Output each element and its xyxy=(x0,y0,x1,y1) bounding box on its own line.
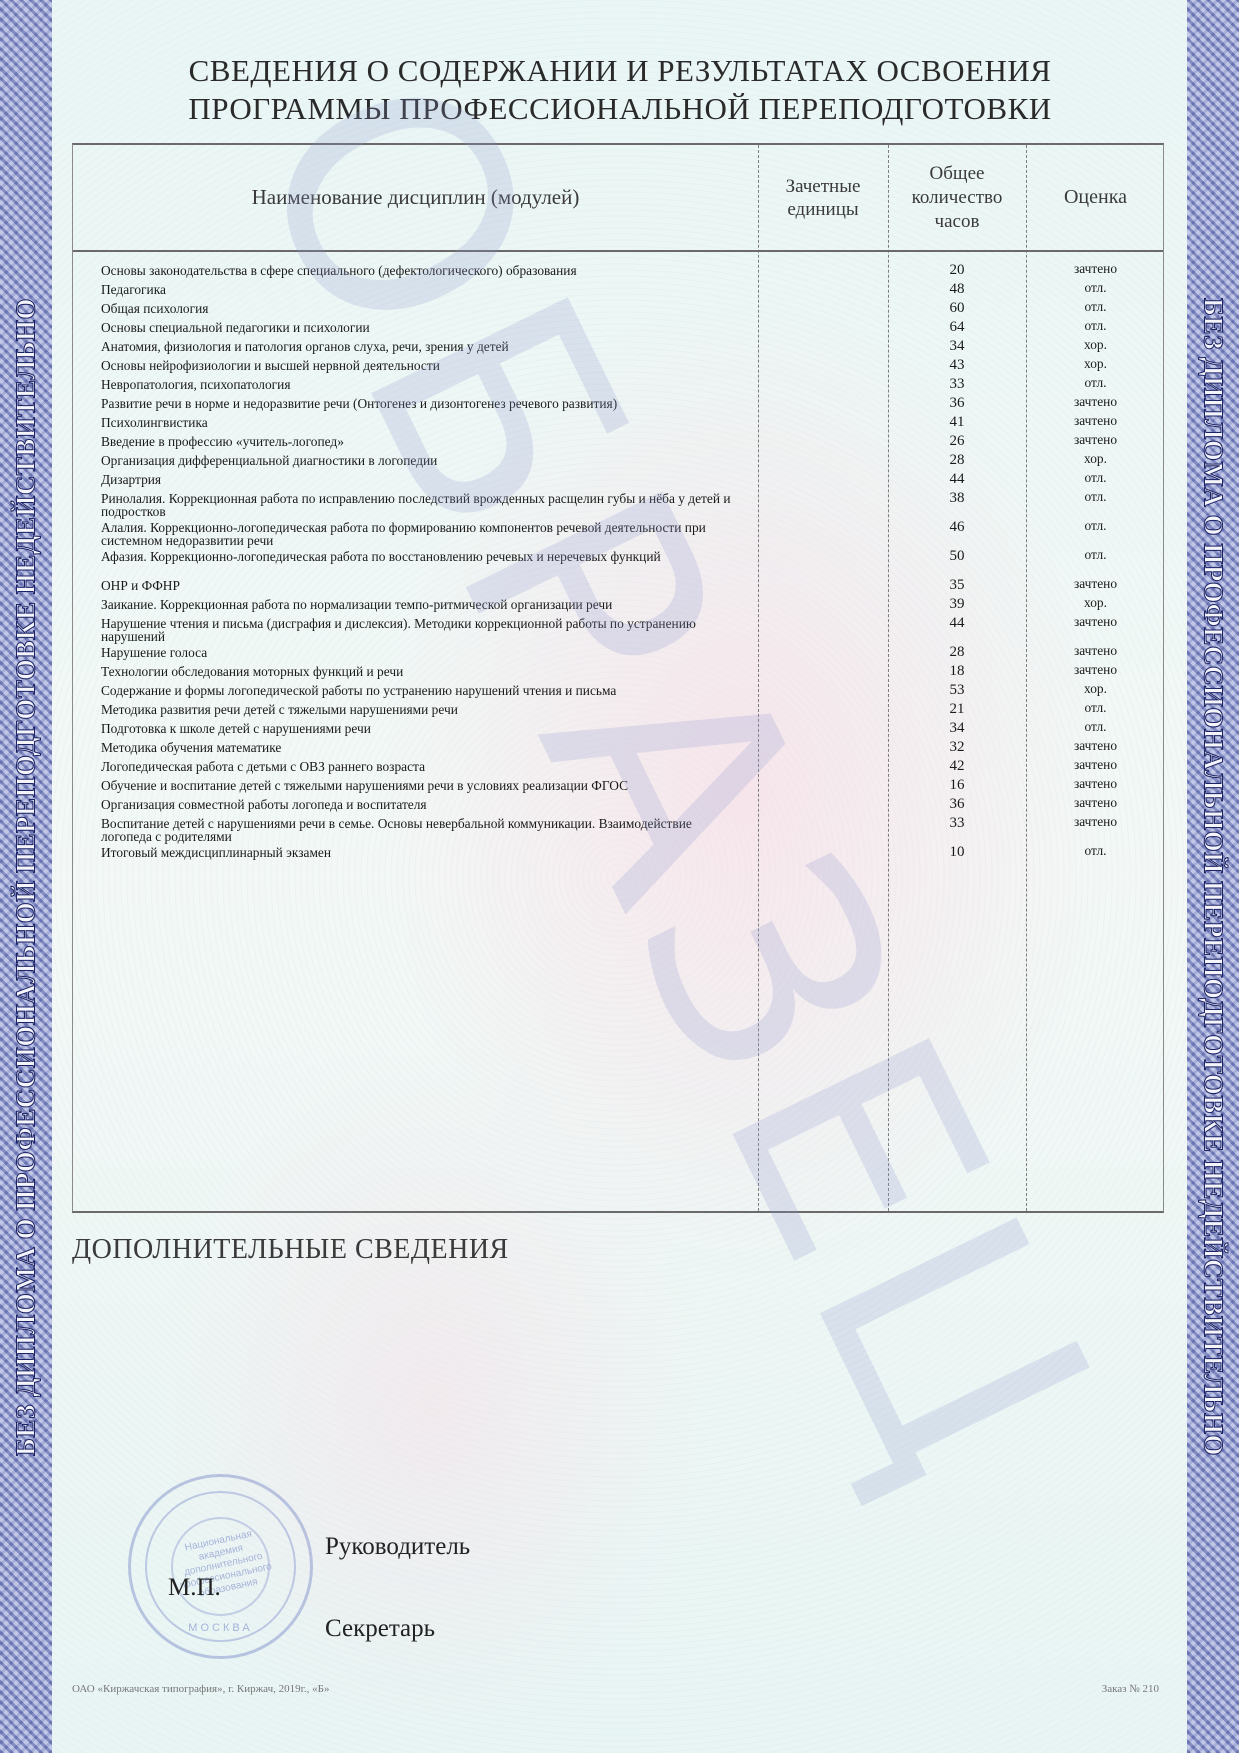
credits-value xyxy=(758,596,888,615)
grade-value: отл. xyxy=(1026,844,1165,863)
grade-value: хор. xyxy=(1026,596,1165,615)
header-credits: Зачетные единицы xyxy=(758,145,888,250)
hours-value: 18 xyxy=(888,663,1026,682)
credits-value xyxy=(758,739,888,758)
credits-value xyxy=(758,796,888,815)
grade-value: хор. xyxy=(1026,682,1165,701)
grade-value: хор. xyxy=(1026,452,1165,471)
grade-value: зачтено xyxy=(1026,777,1165,796)
right-security-band: БЕЗ ДИПЛОМА О ПРОФЕССИОНАЛЬНОЙ ПЕРЕПОДГО… xyxy=(1187,0,1239,1753)
grade-value: зачтено xyxy=(1026,644,1165,663)
credits-value xyxy=(758,281,888,300)
hours-value: 48 xyxy=(888,281,1026,300)
credits-value xyxy=(758,844,888,863)
table-row: Основы законодательства в сфере специаль… xyxy=(73,262,1165,281)
credits-value xyxy=(758,262,888,281)
header-hours-line: Общее xyxy=(912,162,1003,186)
table-row: Организация дифференциальной диагностики… xyxy=(73,452,1165,471)
hours-value: 60 xyxy=(888,300,1026,319)
grade-value: отл. xyxy=(1026,701,1165,720)
discipline-name: Нарушение чтения и письма (дисграфия и д… xyxy=(73,615,743,644)
credits-value xyxy=(758,395,888,414)
credits-value xyxy=(758,376,888,395)
header-hours-line: часов xyxy=(912,210,1003,234)
discipline-name: Развитие речи в норме и недоразвитие реч… xyxy=(73,395,743,414)
credits-value xyxy=(758,815,888,844)
discipline-name: Содержание и формы логопедической работы… xyxy=(73,682,743,701)
credits-value xyxy=(758,300,888,319)
discipline-name: Алалия. Коррекционно-логопедическая рабо… xyxy=(73,519,743,548)
hours-value: 64 xyxy=(888,319,1026,338)
discipline-name: Основы законодательства в сфере специаль… xyxy=(73,262,743,281)
seal-place-label: М.П. xyxy=(168,1574,221,1602)
table-row: Педагогика48отл. xyxy=(73,281,1165,300)
grade-value: отл. xyxy=(1026,300,1165,319)
hours-value: 35 xyxy=(888,577,1026,596)
hours-value: 33 xyxy=(888,376,1026,395)
hours-value: 46 xyxy=(888,519,1026,548)
seal-city: МОСКВА xyxy=(131,1622,310,1634)
right-band-text: БЕЗ ДИПЛОМА О ПРОФЕССИОНАЛЬНОЙ ПЕРЕПОДГО… xyxy=(1198,298,1229,1456)
hours-value: 38 xyxy=(888,490,1026,519)
hours-value: 32 xyxy=(888,739,1026,758)
printer-info: ОАО «Киржачская типография», г. Киржач, … xyxy=(72,1683,330,1695)
discipline-name: ОНР и ФФНР xyxy=(73,577,743,596)
hours-value: 28 xyxy=(888,644,1026,663)
signature-head-label: Руководитель xyxy=(325,1533,470,1561)
table-row: Методика развития речи детей с тяжелыми … xyxy=(73,701,1165,720)
grade-value: хор. xyxy=(1026,338,1165,357)
grade-value: отл. xyxy=(1026,319,1165,338)
credits-value xyxy=(758,338,888,357)
header-grade: Оценка xyxy=(1026,145,1165,250)
header-discipline-name: Наименование дисциплин (модулей) xyxy=(73,145,758,250)
hours-value: 28 xyxy=(888,452,1026,471)
hours-value: 50 xyxy=(888,548,1026,577)
credits-value xyxy=(758,682,888,701)
credits-value xyxy=(758,414,888,433)
credits-value xyxy=(758,615,888,644)
discipline-name: Основы специальной педагогики и психолог… xyxy=(73,319,743,338)
table-row: Логопедическая работа с детьми с ОВЗ ран… xyxy=(73,758,1165,777)
credits-value xyxy=(758,357,888,376)
discipline-name: Анатомия, физиология и патология органов… xyxy=(73,338,743,357)
hours-value: 10 xyxy=(888,844,1026,863)
hours-value: 26 xyxy=(888,433,1026,452)
grade-value: зачтено xyxy=(1026,758,1165,777)
discipline-name: Методика развития речи детей с тяжелыми … xyxy=(73,701,743,720)
credits-value xyxy=(758,433,888,452)
credits-value xyxy=(758,452,888,471)
table-row: Основы нейрофизиологии и высшей нервной … xyxy=(73,357,1165,376)
table-row: Нарушение чтения и письма (дисграфия и д… xyxy=(73,615,1165,644)
hours-value: 21 xyxy=(888,701,1026,720)
grade-value: зачтено xyxy=(1026,577,1165,596)
official-seal: Национальная академия дополнительного пр… xyxy=(128,1474,313,1659)
discipline-name: Организация дифференциальной диагностики… xyxy=(73,452,743,471)
grade-value: отл. xyxy=(1026,720,1165,739)
discipline-name: Введение в профессию «учитель-логопед» xyxy=(73,433,743,452)
credits-value xyxy=(758,720,888,739)
page-title: СВЕДЕНИЯ О СОДЕРЖАНИИ И РЕЗУЛЬТАТАХ ОСВО… xyxy=(100,52,1140,128)
grade-value: зачтено xyxy=(1026,395,1165,414)
credits-value xyxy=(758,701,888,720)
grade-value: зачтено xyxy=(1026,414,1165,433)
grade-value: зачтено xyxy=(1026,739,1165,758)
credits-value xyxy=(758,758,888,777)
table-row: Анатомия, физиология и патология органов… xyxy=(73,338,1165,357)
credits-value xyxy=(758,577,888,596)
table-row: Воспитание детей с нарушениями речи в се… xyxy=(73,815,1165,844)
discipline-name: Ринолалия. Коррекционная работа по испра… xyxy=(73,490,743,519)
discipline-name: Общая психология xyxy=(73,300,743,319)
header-credits-line: единицы xyxy=(786,198,861,221)
discipline-name: Обучение и воспитание детей с тяжелыми н… xyxy=(73,777,743,796)
grade-value: хор. xyxy=(1026,357,1165,376)
title-line-2: ПРОГРАММЫ ПРОФЕССИОНАЛЬНОЙ ПЕРЕПОДГОТОВК… xyxy=(100,90,1140,128)
credits-value xyxy=(758,548,888,577)
discipline-name: Логопедическая работа с детьми с ОВЗ ран… xyxy=(73,758,743,777)
table-row: Итоговый междисциплинарный экзамен10отл. xyxy=(73,844,1165,863)
hours-value: 16 xyxy=(888,777,1026,796)
table-row: Ринолалия. Коррекционная работа по испра… xyxy=(73,490,1165,519)
title-line-1: СВЕДЕНИЯ О СОДЕРЖАНИИ И РЕЗУЛЬТАТАХ ОСВО… xyxy=(100,52,1140,90)
hours-value: 41 xyxy=(888,414,1026,433)
grade-value: зачтено xyxy=(1026,615,1165,644)
grade-value: зачтено xyxy=(1026,815,1165,844)
discipline-name: Подготовка к школе детей с нарушениями р… xyxy=(73,720,743,739)
grade-value: отл. xyxy=(1026,281,1165,300)
header-credits-line: Зачетные xyxy=(786,175,861,198)
table-row: Подготовка к школе детей с нарушениями р… xyxy=(73,720,1165,739)
hours-value: 36 xyxy=(888,796,1026,815)
header-total-hours: Общее количество часов xyxy=(888,145,1026,250)
credits-value xyxy=(758,319,888,338)
discipline-name: Педагогика xyxy=(73,281,743,300)
discipline-name: Итоговый междисциплинарный экзамен xyxy=(73,844,743,863)
credits-value xyxy=(758,490,888,519)
hours-value: 44 xyxy=(888,615,1026,644)
table-row: Обучение и воспитание детей с тяжелыми н… xyxy=(73,777,1165,796)
table-row: Основы специальной педагогики и психолог… xyxy=(73,319,1165,338)
discipline-name: Основы нейрофизиологии и высшей нервной … xyxy=(73,357,743,376)
grade-value: отл. xyxy=(1026,376,1165,395)
table-row: Невропатология, психопатология33отл. xyxy=(73,376,1165,395)
grade-value: зачтено xyxy=(1026,796,1165,815)
table-row: Общая психология60отл. xyxy=(73,300,1165,319)
grade-value: отл. xyxy=(1026,471,1165,490)
table-row: ОНР и ФФНР35зачтено xyxy=(73,577,1165,596)
disciplines-table: Наименование дисциплин (модулей) Зачетны… xyxy=(72,143,1164,1213)
hours-value: 44 xyxy=(888,471,1026,490)
order-number: Заказ № 210 xyxy=(1102,1683,1159,1695)
header-divider xyxy=(73,250,1163,252)
grade-value: отл. xyxy=(1026,519,1165,548)
table-row: Нарушение голоса28зачтено xyxy=(73,644,1165,663)
credits-value xyxy=(758,777,888,796)
discipline-name: Невропатология, психопатология xyxy=(73,376,743,395)
table-row: Развитие речи в норме и недоразвитие реч… xyxy=(73,395,1165,414)
credits-value xyxy=(758,471,888,490)
grade-value: отл. xyxy=(1026,490,1165,519)
credits-value xyxy=(758,663,888,682)
hours-value: 20 xyxy=(888,262,1026,281)
hours-value: 39 xyxy=(888,596,1026,615)
discipline-name: Дизартрия xyxy=(73,471,743,490)
table-row: Психолингвистика41зачтено xyxy=(73,414,1165,433)
hours-value: 34 xyxy=(888,720,1026,739)
discipline-name: Методика обучения математике xyxy=(73,739,743,758)
grade-value: зачтено xyxy=(1026,262,1165,281)
table-row: Заикание. Коррекционная работа по нормал… xyxy=(73,596,1165,615)
credits-value xyxy=(758,519,888,548)
table-row: Дизартрия44отл. xyxy=(73,471,1165,490)
hours-value: 42 xyxy=(888,758,1026,777)
grade-value: зачтено xyxy=(1026,663,1165,682)
discipline-name: Афазия. Коррекционно-логопедическая рабо… xyxy=(73,548,743,577)
table-row: Методика обучения математике32зачтено xyxy=(73,739,1165,758)
additional-info-title: ДОПОЛНИТЕЛЬНЫЕ СВЕДЕНИЯ xyxy=(72,1234,509,1266)
discipline-name: Нарушение голоса xyxy=(73,644,743,663)
table-row: Технологии обследования моторных функций… xyxy=(73,663,1165,682)
table-row: Алалия. Коррекционно-логопедическая рабо… xyxy=(73,519,1165,548)
grade-value: зачтено xyxy=(1026,433,1165,452)
table-row: Введение в профессию «учитель-логопед»26… xyxy=(73,433,1165,452)
hours-value: 34 xyxy=(888,338,1026,357)
grade-value: отл. xyxy=(1026,548,1165,577)
discipline-name: Воспитание детей с нарушениями речи в се… xyxy=(73,815,743,844)
table-row: Содержание и формы логопедической работы… xyxy=(73,682,1165,701)
signature-secretary-label: Секретарь xyxy=(325,1615,435,1643)
discipline-name: Организация совместной работы логопеда и… xyxy=(73,796,743,815)
hours-value: 43 xyxy=(888,357,1026,376)
table-body: Основы законодательства в сфере специаль… xyxy=(73,262,1165,863)
table-row: Афазия. Коррекционно-логопедическая рабо… xyxy=(73,548,1165,577)
credits-value xyxy=(758,644,888,663)
left-band-text: БЕЗ ДИПЛОМА О ПРОФЕССИОНАЛЬНОЙ ПЕРЕПОДГО… xyxy=(11,298,42,1456)
left-security-band: БЕЗ ДИПЛОМА О ПРОФЕССИОНАЛЬНОЙ ПЕРЕПОДГО… xyxy=(0,0,52,1753)
discipline-name: Заикание. Коррекционная работа по нормал… xyxy=(73,596,743,615)
header-hours-line: количество xyxy=(912,186,1003,210)
discipline-name: Технологии обследования моторных функций… xyxy=(73,663,743,682)
hours-value: 36 xyxy=(888,395,1026,414)
table-row: Организация совместной работы логопеда и… xyxy=(73,796,1165,815)
discipline-name: Психолингвистика xyxy=(73,414,743,433)
hours-value: 53 xyxy=(888,682,1026,701)
hours-value: 33 xyxy=(888,815,1026,844)
